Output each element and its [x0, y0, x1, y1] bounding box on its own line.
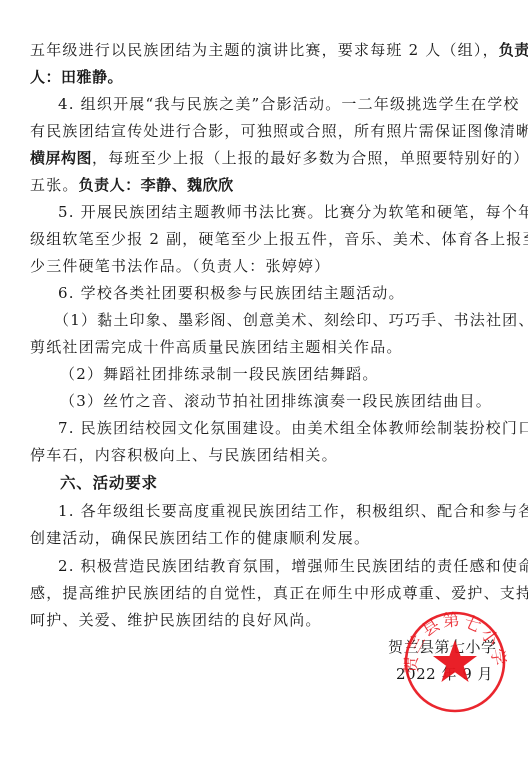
text-run: ，每班至少上报（上报的最好多数为合照，单照要特别好的） [92, 149, 528, 167]
list-item-7: 7. 民族团结校园文化氛围建设。由美术组全体教师绘制装扮校门口 [58, 418, 498, 438]
section-heading: 六、活动要求 [60, 473, 528, 493]
paragraph-line: 少三件硬笔书法作品。（负责人：张婷婷） [30, 256, 498, 276]
requirement-item-1: 1. 各年级组长要高度重视民族团结工作，积极组织、配合和参与各种 [58, 501, 498, 521]
text-run: 呵护、关爱、维护民族团结的良好风尚。 [30, 611, 322, 629]
paragraph-line: 五张。负责人：李静、魏欣欣 [30, 175, 498, 195]
heading-text: 六、活动要求 [60, 474, 158, 492]
list-item-5: 5. 开展民族团结主题教师书法比赛。比赛分为软笔和硬笔，每个年 [58, 202, 498, 222]
text-run: 五年级进行以民族团结为主题的演讲比赛，要求每班 2 人（组）， [30, 41, 499, 59]
paragraph-line: 级组软笔至少报 2 副，硬笔至少上报五件，音乐、美术、体育各上报至 [30, 229, 498, 249]
sub-item-2: （2）舞蹈社团排练录制一段民族团结舞蹈。 [60, 364, 528, 384]
paragraph-line: 有民族团结宣传处进行合影，可独照或合照，所有照片需保证图像清晰， [30, 121, 498, 141]
signature-date: 2022 年 9 月 [396, 664, 493, 684]
paragraph-line: 横屏构图，每班至少上报（上报的最好多数为合照，单照要特别好的） [30, 148, 498, 168]
paragraph-line: 人：田雅静。 [30, 67, 498, 87]
document-page: 五年级进行以民族团结为主题的演讲比赛，要求每班 2 人（组），负责 人：田雅静。… [0, 0, 528, 761]
text-run: 2. 积极营造民族团结教育氛围，增强师生民族团结的责任感和使命 [58, 557, 528, 575]
text-run: 停车石，内容积极向上、与民族团结相关。 [30, 446, 338, 464]
paragraph-line: 剪纸社团需完成十件高质量民族团结主题相关作品。 [30, 337, 498, 357]
text-run: （2）舞蹈社团排练录制一段民族团结舞蹈。 [60, 365, 379, 383]
responsible-person: 人：田雅静。 [30, 68, 123, 86]
responsible-label: 负责 [499, 41, 528, 59]
text-run: 创建活动，确保民族团结工作的健康顺利发展。 [30, 529, 370, 547]
text-run: 6. 学校各类社团要积极参与民族团结主题活动。 [58, 284, 405, 302]
text-run: 7. 民族团结校园文化氛围建设。由美术组全体教师绘制装扮校门口 [58, 419, 528, 437]
paragraph-line: 呵护、关爱、维护民族团结的良好风尚。 [30, 610, 498, 630]
text-run: （3）丝竹之音、滚动节拍社团排练演奏一段民族团结曲目。 [60, 392, 492, 410]
responsible-person: 负责人：李静、魏欣欣 [79, 176, 234, 194]
sub-item-3: （3）丝竹之音、滚动节拍社团排练演奏一段民族团结曲目。 [60, 391, 528, 411]
list-item-4: 4. 组织开展“我与民族之美”合影活动。一二年级挑选学生在学校 [58, 94, 498, 114]
paragraph-line: 五年级进行以民族团结为主题的演讲比赛，要求每班 2 人（组），负责 [30, 40, 498, 60]
paragraph-line: 感，提高维护民族团结的自觉性，真正在师生中形成尊重、爱护、支持、 [30, 583, 498, 603]
list-item-6: 6. 学校各类社团要积极参与民族团结主题活动。 [58, 283, 498, 303]
emphasis-text: 横屏构图 [30, 149, 92, 167]
text-run: 4. 组织开展“我与民族之美”合影活动。一二年级挑选学生在学校 [58, 95, 520, 113]
text-run: 感，提高维护民族团结的自觉性，真正在师生中形成尊重、爱护、支持、 [30, 584, 528, 602]
text-run: 五张。 [30, 176, 79, 194]
text-run: 少三件硬笔书法作品。（负责人：张婷婷） [30, 257, 330, 275]
text-run: 5. 开展民族团结主题教师书法比赛。比赛分为软笔和硬笔，每个年 [58, 203, 528, 221]
text-run: 剪纸社团需完成十件高质量民族团结主题相关作品。 [30, 338, 403, 356]
text-run: 级组软笔至少报 2 副，硬笔至少上报五件，音乐、美术、体育各上报至 [30, 230, 528, 248]
requirement-item-2: 2. 积极营造民族团结教育氛围，增强师生民族团结的责任感和使命 [58, 556, 498, 576]
paragraph-line: 创建活动，确保民族团结工作的健康顺利发展。 [30, 528, 498, 548]
paragraph-line: 停车石，内容积极向上、与民族团结相关。 [30, 445, 498, 465]
text-run: 1. 各年级组长要高度重视民族团结工作，积极组织、配合和参与各种 [58, 502, 528, 520]
sub-item-1: （1）黏土印象、墨彩阁、创意美术、刻绘印、巧巧手、书法社团、 [54, 310, 498, 330]
signature-school: 贺兰县第七小学 [388, 637, 497, 657]
text-run: 有民族团结宣传处进行合影，可独照或合照，所有照片需保证图像清晰， [30, 122, 528, 140]
text-run: （1）黏土印象、墨彩阁、创意美术、刻绘印、巧巧手、书法社团、 [54, 311, 528, 329]
